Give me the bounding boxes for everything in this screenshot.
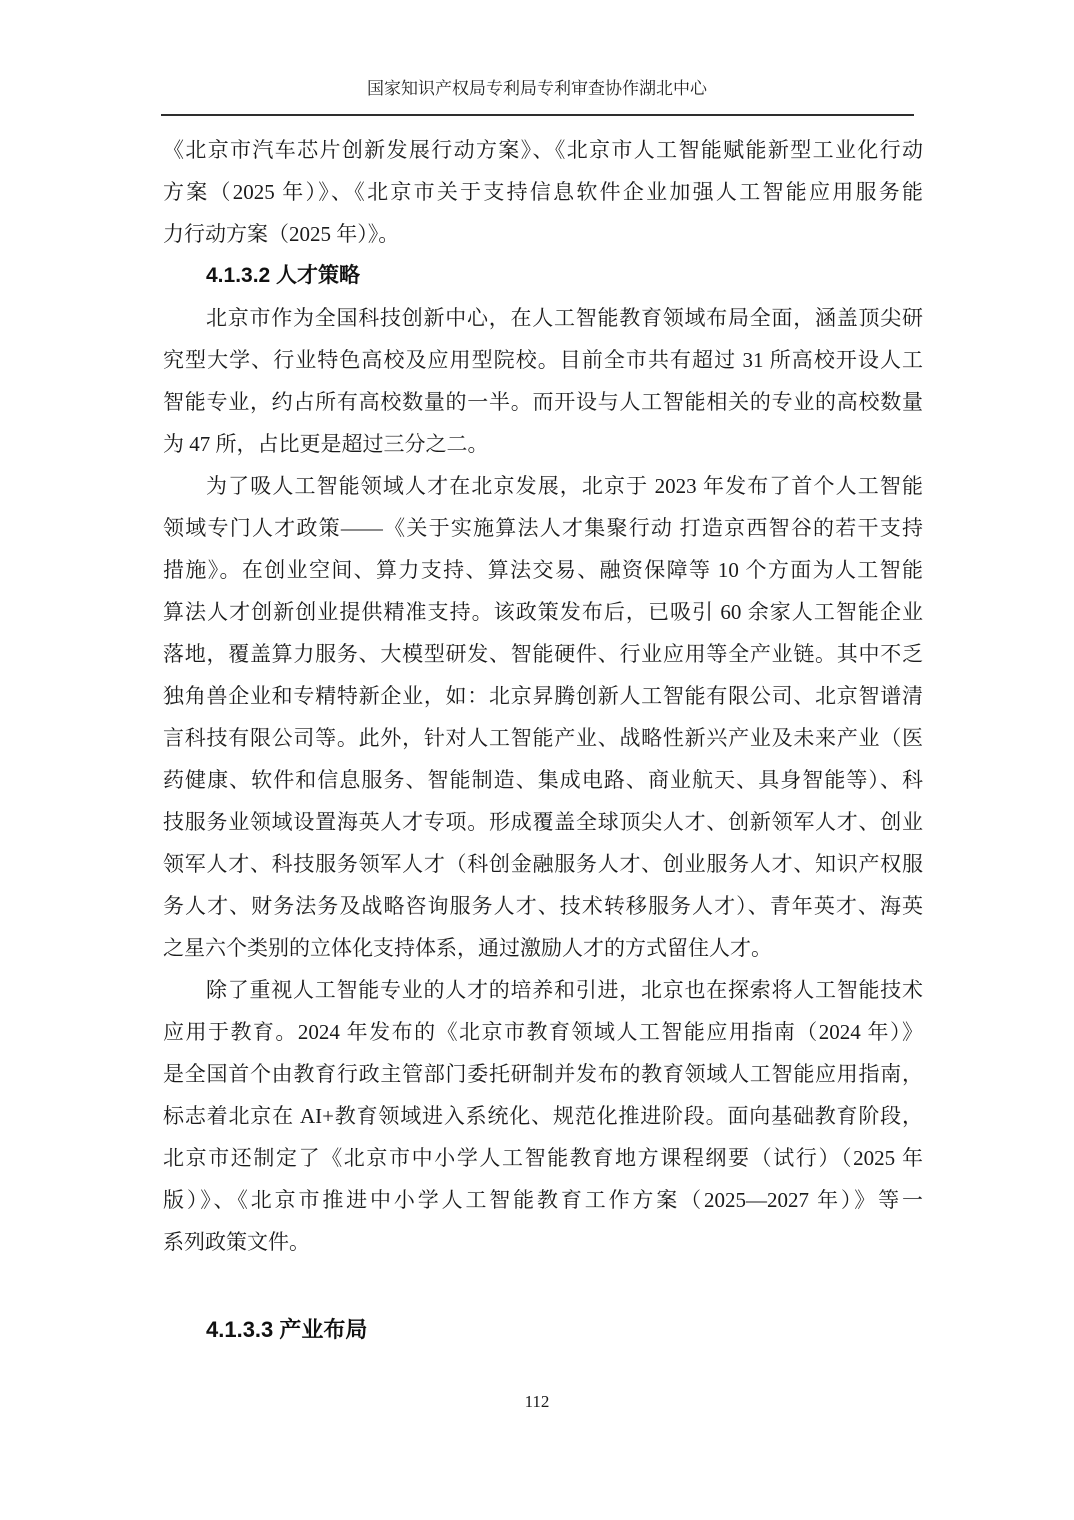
section-heading-talent-strategy: 4.1.3.2 人才策略: [163, 255, 923, 297]
document-body: 《北京市汽车芯片创新发展行动方案》、《北京市人工智能赋能新型工业化行动方案（20…: [163, 129, 923, 1351]
text-line: 务人才、财务法务及战略咨询服务人才、技术转移服务人才）、青年英才、海英: [163, 885, 923, 927]
text-line: 智能专业，约占所有高校数量的一半。而开设与人工智能相关的专业的高校数量: [163, 381, 923, 423]
text-line: 落地，覆盖算力服务、大模型研发、智能硬件、行业应用等全产业链。其中不乏: [163, 633, 923, 675]
text-line: 药健康、软件和信息服务、智能制造、集成电路、商业航天、具身智能等）、科: [163, 759, 923, 801]
page-number: 112: [0, 1392, 1074, 1412]
text-line: 系列政策文件。: [163, 1221, 923, 1263]
paragraph: 除了重视人工智能专业的人才的培养和引进，北京也在探索将人工智能技术应用于教育。2…: [163, 969, 923, 1263]
text-line: 为 47 所，占比更是超过三分之二。: [163, 423, 923, 465]
paragraph: 为了吸人工智能领域人才在北京发展，北京于 2023 年发布了首个人工智能领域专门…: [163, 465, 923, 969]
text-line: 言科技有限公司等。此外，针对人工智能产业、战略性新兴产业及未来产业（医: [163, 717, 923, 759]
text-line: 究型大学、行业特色高校及应用型院校。目前全市共有超过 31 所高校开设人工: [163, 339, 923, 381]
header-rule: [161, 114, 914, 116]
text-line: 算法人才创新创业提供精准支持。该政策发布后，已吸引 60 余家人工智能企业: [163, 591, 923, 633]
text-line: 独角兽企业和专精特新企业，如：北京昇腾创新人工智能有限公司、北京智谱清: [163, 675, 923, 717]
text-line: 《北京市汽车芯片创新发展行动方案》、《北京市人工智能赋能新型工业化行动: [163, 129, 923, 171]
text-line: 技服务业领域设置海英人才专项。形成覆盖全球顶尖人才、创新领军人才、创业: [163, 801, 923, 843]
text-line: 为了吸人工智能领域人才在北京发展，北京于 2023 年发布了首个人工智能: [163, 465, 923, 507]
text-line: 是全国首个由教育行政主管部门委托研制并发布的教育领域人工智能应用指南，: [163, 1053, 923, 1095]
paragraph: 《北京市汽车芯片创新发展行动方案》、《北京市人工智能赋能新型工业化行动方案（20…: [163, 129, 923, 255]
text-line: 领域专门人才政策——《关于实施算法人才集聚行动 打造京西智谷的若干支持: [163, 507, 923, 549]
text-line: 北京市还制定了《北京市中小学人工智能教育地方课程纲要（试行）（2025 年: [163, 1137, 923, 1179]
text-line: 措施》。在创业空间、算力支持、算法交易、融资保障等 10 个方面为人工智能: [163, 549, 923, 591]
paragraph: 北京市作为全国科技创新中心，在人工智能教育领域布局全面，涵盖顶尖研究型大学、行业…: [163, 297, 923, 465]
text-line: 北京市作为全国科技创新中心，在人工智能教育领域布局全面，涵盖顶尖研: [163, 297, 923, 339]
page-header-title: 国家知识产权局专利局专利审查协作湖北中心: [0, 74, 1074, 99]
text-line: 力行动方案（2025 年）》。: [163, 213, 923, 255]
text-line: 版）》、《北京市推进中小学人工智能教育工作方案（2025—2027 年）》等一: [163, 1179, 923, 1221]
document-page: 国家知识产权局专利局专利审查协作湖北中心 《北京市汽车芯片创新发展行动方案》、《…: [0, 0, 1074, 1520]
text-line: 标志着北京在 AI+教育领域进入系统化、规范化推进阶段。面向基础教育阶段，: [163, 1095, 923, 1137]
text-line: 领军人才、科技服务领军人才（科创金融服务人才、创业服务人才、知识产权服: [163, 843, 923, 885]
text-line: 除了重视人工智能专业的人才的培养和引进，北京也在探索将人工智能技术: [163, 969, 923, 1011]
text-line: 之星六个类别的立体化支持体系，通过激励人才的方式留住人才。: [163, 927, 923, 969]
text-line: 应用于教育。2024 年发布的《北京市教育领域人工智能应用指南（2024 年）》: [163, 1011, 923, 1053]
text-line: 方案（2025 年）》、《北京市关于支持信息软件企业加强人工智能应用服务能: [163, 171, 923, 213]
section-heading-industry-layout: 4.1.3.3 产业布局: [163, 1309, 923, 1351]
